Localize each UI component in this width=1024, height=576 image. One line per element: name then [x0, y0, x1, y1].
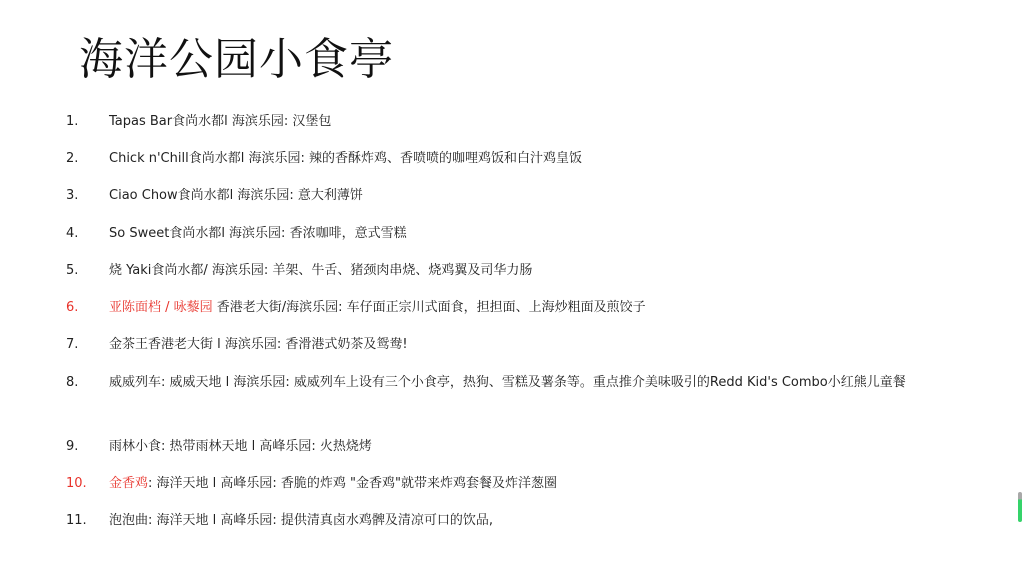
- item-text: 烧 Yaki食尚水都/ 海滨乐园: 羊架、牛舌、猪颈肉串烧、烧鸡翼及司华力肠: [109, 257, 939, 285]
- slide: 海洋公园小食亭 1. Tapas Bar食尚水都l 海滨乐园: 汉堡包 2. C…: [0, 0, 1024, 576]
- item-number: 1.: [66, 113, 106, 131]
- item-highlight: 亚陈面档 / 咏藜园: [109, 300, 213, 315]
- item-text: 雨林小食: 热带雨林天地 l 高峰乐园: 火热烧烤: [109, 433, 939, 461]
- item-text: 泡泡曲: 海洋天地 l 高峰乐园: 提供清真卤水鸡髀及清凉可口的饮品,: [109, 507, 939, 535]
- item-number: 10.: [66, 475, 106, 493]
- item-description: 香港老大街/海滨乐园: 车仔面正宗川式面食，担担面、上海炒粗面及煎饺子: [213, 300, 646, 315]
- item-description: Ciao Chow食尚水都l 海滨乐园: 意大利薄饼: [109, 188, 363, 203]
- item-description: Chick n'Chill食尚水都l 海滨乐园: 辣的香酥炸鸡、香喷喷的咖哩鸡饭…: [109, 151, 582, 166]
- item-text: 金香鸡: 海洋天地 l 高峰乐园: 香脆的炸鸡 "金香鸡"就带来炸鸡套餐及炸洋葱…: [109, 470, 939, 498]
- item-description: 雨林小食: 热带雨林天地 l 高峰乐园: 火热烧烤: [109, 439, 372, 454]
- item-text: Ciao Chow食尚水都l 海滨乐园: 意大利薄饼: [109, 182, 939, 210]
- item-number: 8.: [66, 374, 106, 392]
- item-number: 7.: [66, 336, 106, 354]
- item-description: 泡泡曲: 海洋天地 l 高峰乐园: 提供清真卤水鸡髀及清凉可口的饮品,: [109, 513, 493, 528]
- item-number: 9.: [66, 438, 106, 456]
- item-text: Tapas Bar食尚水都l 海滨乐园: 汉堡包: [109, 108, 939, 136]
- item-text: 威威列车: 威威天地 l 海滨乐园: 威威列车上设有三个小食亭，热狗、雪糕及薯条…: [109, 369, 939, 397]
- item-description: So Sweet食尚水都l 海滨乐园: 香浓咖啡，意式雪糕: [109, 226, 407, 241]
- item-text: 亚陈面档 / 咏藜园 香港老大街/海滨乐园: 车仔面正宗川式面食，担担面、上海炒…: [109, 294, 939, 322]
- item-description: 金茶王香港老大街 l 海滨乐园: 香滑港式奶茶及鸳鸯!: [109, 337, 408, 352]
- item-text: So Sweet食尚水都l 海滨乐园: 香浓咖啡，意式雪糕: [109, 220, 939, 248]
- item-description: 烧 Yaki食尚水都/ 海滨乐园: 羊架、牛舌、猪颈肉串烧、烧鸡翼及司华力肠: [109, 263, 532, 278]
- item-text: 金茶王香港老大街 l 海滨乐园: 香滑港式奶茶及鸳鸯!: [109, 331, 939, 359]
- item-description: Tapas Bar食尚水都l 海滨乐园: 汉堡包: [109, 114, 331, 129]
- item-number: 2.: [66, 150, 106, 168]
- item-description: 威威列车: 威威天地 l 海滨乐园: 威威列车上设有三个小食亭，热狗、雪糕及薯条…: [109, 375, 906, 390]
- item-number: 3.: [66, 187, 106, 205]
- scroll-indicator[interactable]: [1018, 492, 1022, 522]
- item-number: 5.: [66, 262, 106, 280]
- item-highlight: 金香鸡: [109, 476, 148, 491]
- item-text: Chick n'Chill食尚水都l 海滨乐园: 辣的香酥炸鸡、香喷喷的咖哩鸡饭…: [109, 145, 939, 173]
- item-number: 11.: [66, 512, 106, 530]
- item-number: 4.: [66, 225, 106, 243]
- item-number: 6.: [66, 299, 106, 317]
- slide-title: 海洋公园小食亭: [79, 30, 394, 90]
- item-description: : 海洋天地 l 高峰乐园: 香脆的炸鸡 "金香鸡"就带来炸鸡套餐及炸洋葱圈: [148, 476, 557, 491]
